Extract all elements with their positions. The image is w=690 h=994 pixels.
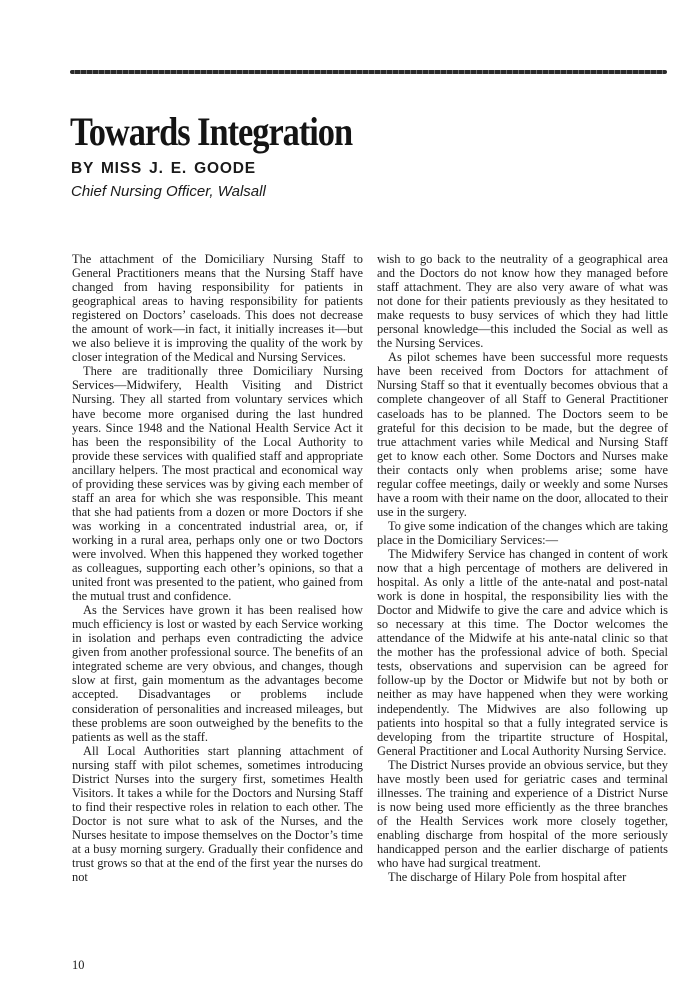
paragraph: The attachment of the Domiciliary Nursin… xyxy=(72,252,363,364)
decorative-rule xyxy=(70,70,667,74)
paragraph: wish to go back to the neutrality of a g… xyxy=(377,252,668,350)
paragraph: The discharge of Hilary Pole from hospit… xyxy=(377,870,668,884)
paragraph: To give some indication of the changes w… xyxy=(377,519,668,547)
page-number: 10 xyxy=(72,958,84,973)
paragraph: All Local Authorities start planning att… xyxy=(72,744,363,884)
paragraph: As pilot schemes have been successful mo… xyxy=(377,350,668,519)
article-title: Towards Integration xyxy=(70,108,352,155)
author-affiliation: Chief Nursing Officer, Walsall xyxy=(71,183,266,200)
paragraph: There are traditionally three Domiciliar… xyxy=(72,364,363,603)
right-column: wish to go back to the neutrality of a g… xyxy=(377,252,668,884)
paragraph: As the Services have grown it has been r… xyxy=(72,603,363,743)
author-byline: BY MISS J. E. GOODE xyxy=(71,160,256,178)
paragraph: The District Nurses provide an obvious s… xyxy=(377,758,668,870)
paragraph: The Midwifery Service has changed in con… xyxy=(377,547,668,758)
left-column: The attachment of the Domiciliary Nursin… xyxy=(72,252,363,884)
